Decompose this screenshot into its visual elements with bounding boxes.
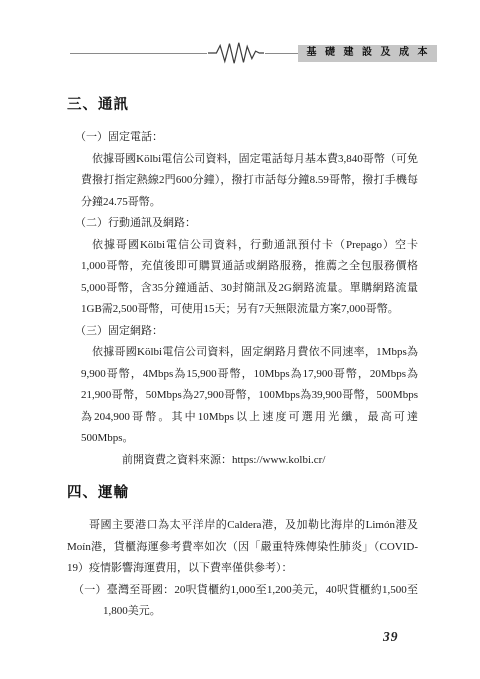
transport-item-taiwan-to-costa-rica: （一）臺灣至哥國：20呎貨櫃約1,000至1,200美元，40呎貨櫃約1,500… [103, 580, 418, 623]
source-note: 前開資費之資料來源：https://www.kolbi.cr/ [122, 450, 418, 472]
item-paragraph-fixed-phone: 依據哥國Kölbi電信公司資料，固定電話每月基本費3,840哥幣（可免費撥打指定… [81, 149, 418, 214]
document-page: 基礎建設及成本 三、通訊 （一）固定電話： 依據哥國Kölbi電信公司資料，固定… [0, 0, 480, 679]
item-label-fixed-phone: （一）固定電話： [75, 127, 418, 149]
item-paragraph-mobile-internet: 依據哥國Kölbi電信公司資料，行動通訊預付卡（Prepago）空卡1,000哥… [81, 235, 418, 321]
item-label-fixed-internet: （三）固定網路： [75, 321, 418, 343]
section-heading-transport: 四、運輸 [67, 484, 418, 502]
section-heading-communications: 三、通訊 [67, 96, 418, 114]
item-label-mobile-internet: （二）行動通訊及網路： [75, 213, 418, 235]
page-number: 39 [383, 629, 399, 645]
document-content: 三、通訊 （一）固定電話： 依據哥國Kölbi電信公司資料，固定電話每月基本費3… [67, 0, 418, 623]
item-paragraph-fixed-internet: 依據哥國Kölbi電信公司資料，固定網路月費依不同速率，1Mbps為9,900哥… [81, 342, 418, 450]
transport-intro-paragraph: 哥國主要港口為太平洋岸的Caldera港，及加勒比海岸的Limón港及Moín港… [67, 515, 418, 580]
